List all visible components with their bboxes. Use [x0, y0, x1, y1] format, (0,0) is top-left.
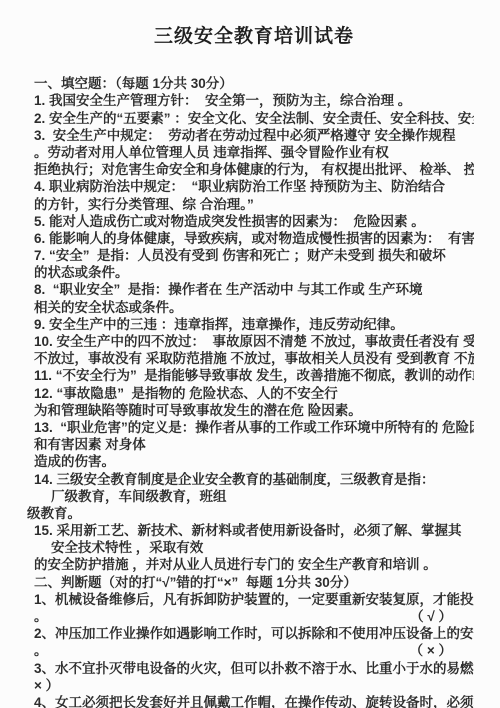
text-line: 3. 安全生产中规定： 劳动者在劳动过程中必须严格遵守 安全操作规程 [34, 127, 474, 144]
section-heading: 一、填空题：（每题 1分共 30分） [34, 75, 474, 92]
text-line: 5. 能对人造成伤亡或对物造成突发性损害的因素为： 危险因素 。 [34, 213, 474, 230]
text-line: × ） [34, 677, 474, 694]
text-line: 7. “安全” 是指：人员没有受到 伤害和死亡 ；财产未受到 损失和破坏 [34, 247, 474, 264]
text-line: 级教育。 [27, 505, 474, 522]
exam-paper-page: 三级安全教育培训试卷 部门/ 岗位： 姓名： 分数： 一、填空题：（每题 1分共… [0, 0, 500, 708]
text-line: 为和管理缺陷等随时可导致事故发生的潜在危 险因素。 [34, 402, 474, 419]
text-line: 和有害因素 对身体 [34, 436, 474, 453]
text-line: 。（ √ ） [34, 608, 474, 625]
header-fields: 部门/ 岗位： 姓名： 分数： [34, 58, 474, 75]
text-line: 。劳动者对用人单位管理人员 违章指挥、强令冒险作业有权 [34, 144, 474, 161]
judgment-answer-mark: （ √ ） [410, 608, 474, 625]
text-line: 的状态或条件。 [34, 264, 474, 281]
text-line: 造成的伤害。 [34, 453, 474, 470]
text-line: 厂级教育，车间级教育，班组 [34, 488, 474, 505]
document-body: 一、填空题：（每题 1分共 30分）1. 我国安全生产管理方针： 安全第一，预防… [34, 75, 474, 708]
text-line: 2、冲压加工作业操作如遇影响工作时，可以拆除和不使用冲压设备上的安全防护装置 [34, 625, 474, 642]
text-line: 。（ × ） [34, 642, 474, 659]
text-line: 8. “职业安全” 是指：操作者在 生产活动中 与其工作或 生产环境 [34, 281, 474, 298]
judgment-answer-mark: （ × ） [410, 642, 474, 659]
text-line: 3、水不宜扑灭带电设备的火灾，但可以扑救不溶于水、比重小于水的易燃液体。 （ [34, 660, 474, 677]
text-line: 拒绝执行；对危害生命安全和身体健康的行为， 有权提出批评、 检举、 控告。 [34, 161, 474, 178]
text-line: 6. 能影响人的身体健康，导致疾病，或对物造成慢性损害的因素为： 有害因素 。 [34, 230, 474, 247]
section-heading: 二、判断题（对的打“√”错的打“×” 每题 1分共 30分） [34, 574, 474, 591]
text-line: 9. 安全生产中的三违 ：违章指挥，违章操作，违反劳动纪律。 [34, 316, 474, 333]
text-line: 14. 三级安全教育制度是企业安全教育的基础制度，三级教育是指： [34, 471, 474, 488]
text-line: 4、女工必须把长发套好并且佩戴工作帽，在操作传动、旋转设备时，必须戴好防护手 [34, 694, 474, 708]
underlined-answer-text: 级教育。 [27, 505, 91, 522]
text-line: 1. 我国安全生产管理方针： 安全第一，预防为主，综合治理 。 [34, 92, 474, 109]
text-line: 10. 安全生产中的四不放过： 事故原因不清楚 不放过，事故责任者没有 受到处罚 [34, 333, 474, 350]
text-line: 安全技术特性 ，采取有效 [34, 539, 474, 556]
text-line: 相关的安全状态或条件。 [34, 299, 474, 316]
text-line: 13. “职业危害”的定义是：操作者从事的工作或工作环境中所特有的 危险因素 [34, 419, 474, 436]
text-line: 1、机械设备维修后，凡有拆卸防护装置的，一定要重新安装复原，才能投入运转操作 [34, 591, 474, 608]
text-line: 12. “事故隐患” 是指物的 危险状态、人的不安全行 [34, 385, 474, 402]
page-title: 三级安全教育培训试卷 [34, 26, 474, 48]
text-line: 4. 职业病防治法中规定： “职业病防治工作坚 持预防为主、防治结合 [34, 178, 474, 195]
text-line: 的方针，实行分类管理、综 合治理。” [34, 196, 474, 213]
text-line: 15. 采用新工艺、新技术、新材料或者使用新设备时，必须了解、掌握其 [34, 522, 474, 539]
text-line: 11. “不安全行为” 是指能够导致事故 发生，改善措施不彻底，教训的动作或指令… [34, 367, 474, 384]
text-line: 的安全防护措施 ，并对从业人员进行专门的 安全生产教育和培训 。 [34, 556, 474, 573]
text-line: 2. 安全生产的“五要素” ：安全文化、安全法制、安全责任、安全科技、安全投入。 [34, 110, 474, 127]
text-line: 不放过，事故没有 采取防范措施 不放过，事故相关人员没有 受到教育 不放过。 [34, 350, 474, 367]
